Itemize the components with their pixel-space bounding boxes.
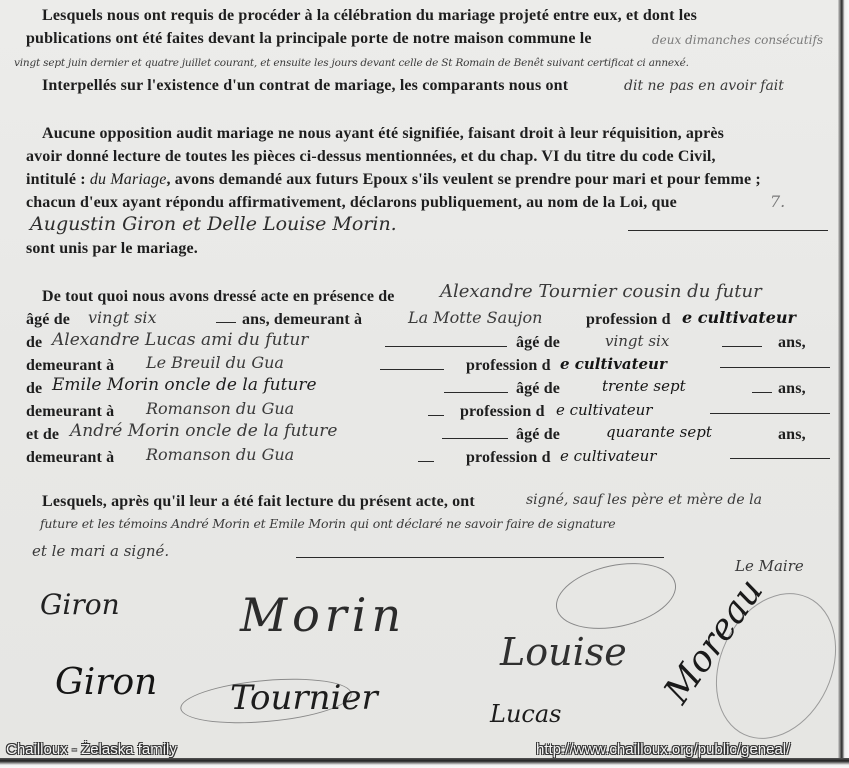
margin-note: 7. bbox=[770, 192, 785, 212]
scanned-marriage-record: Lesquels nous ont requis de procéder à l… bbox=[0, 0, 838, 758]
handwritten-signing: signé, sauf les père et mère de la bbox=[526, 490, 762, 510]
label-age: âgé de bbox=[516, 379, 560, 399]
printed-line: De tout quoi nous avons dressé acte en p… bbox=[42, 287, 395, 307]
fill-line bbox=[720, 367, 830, 368]
witness1-profession: e cultivateur bbox=[682, 308, 796, 328]
flourish bbox=[550, 553, 682, 639]
label-profession: profession d bbox=[460, 402, 545, 422]
witness1-residence: La Motte Saujon bbox=[408, 308, 542, 328]
printed-line: chacun d'eux ayant répondu affirmativeme… bbox=[26, 193, 677, 213]
witness4-profession: e cultivateur bbox=[560, 446, 656, 466]
printed-line: Lesquels, après qu'il leur a été fait le… bbox=[42, 492, 475, 512]
label-demeurant: demeurant à bbox=[26, 356, 114, 376]
printed-line: publications ont été faites devant la pr… bbox=[26, 29, 592, 49]
printed-line: sont unis par le mariage. bbox=[26, 239, 198, 259]
scan-edge bbox=[838, 0, 849, 768]
label-profession: profession d bbox=[586, 310, 671, 330]
label-ans: ans, bbox=[778, 379, 806, 399]
handwritten-spouses: Augustin Giron et Delle Louise Morin. bbox=[30, 214, 397, 234]
signature-giron: Giron bbox=[40, 588, 120, 621]
fill-line bbox=[216, 322, 236, 323]
mayor-label: Le Maire bbox=[735, 556, 804, 576]
fill-line bbox=[296, 557, 664, 558]
signature-lucas: Lucas bbox=[490, 700, 561, 728]
witness3-age: trente sept bbox=[602, 376, 686, 396]
witness3-residence: Romanson du Gua bbox=[146, 399, 294, 419]
signature-giron-2: Giron bbox=[55, 662, 157, 703]
label-ans: ans, bbox=[778, 333, 806, 353]
printed-line: Aucune opposition audit mariage ne nous … bbox=[42, 124, 724, 144]
label-profession: profession d bbox=[466, 448, 551, 468]
label-demeurant: demeurant à bbox=[26, 402, 114, 422]
witness3-name: Emile Morin oncle de la future bbox=[52, 375, 317, 395]
witness1-name: Alexandre Tournier cousin du futur bbox=[440, 282, 762, 302]
fill-line bbox=[752, 392, 772, 393]
handwritten-signing: future et les témoins André Morin et Emi… bbox=[40, 514, 616, 534]
handwritten-signing: et le mari a signé. bbox=[32, 541, 169, 561]
printed-line: avoir donné lecture de toutes les pièces… bbox=[26, 147, 716, 167]
fill-line bbox=[444, 392, 508, 393]
witness1-age: vingt six bbox=[88, 308, 157, 328]
fill-line bbox=[380, 369, 444, 370]
fill-line bbox=[428, 415, 444, 416]
handwritten-publication-dates: vingt sept juin dernier et quatre juille… bbox=[14, 53, 689, 73]
label-de: de bbox=[26, 379, 42, 399]
label-profession: profession d bbox=[466, 356, 551, 376]
watermark-url: http://www.chailloux.org/public/geneal/ bbox=[536, 741, 790, 758]
fill-line bbox=[730, 458, 830, 459]
fill-line bbox=[710, 413, 830, 414]
printed-line: intitulé : du Mariage, avons demandé aux… bbox=[26, 170, 761, 190]
label-age: âgé de bbox=[516, 425, 560, 445]
label-age: âgé de bbox=[26, 310, 70, 330]
witness3-profession: e cultivateur bbox=[556, 400, 652, 420]
printed-line: Lesquels nous ont requis de procéder à l… bbox=[42, 6, 697, 26]
label-de: de bbox=[26, 333, 42, 353]
signature-tournier: Tournier bbox=[230, 678, 378, 718]
handwritten-contract-answer: dit ne pas en avoir fait bbox=[624, 76, 784, 96]
fill-line bbox=[385, 346, 507, 347]
witness4-name: André Morin oncle de la future bbox=[70, 421, 337, 441]
witness2-name: Alexandre Lucas ami du futur bbox=[52, 330, 308, 350]
signature-morin: Morin bbox=[240, 588, 406, 642]
label-ans-demeurant: ans, demeurant à bbox=[242, 310, 362, 330]
witness4-age: quarante sept bbox=[606, 422, 712, 442]
witness2-residence: Le Breuil du Gua bbox=[146, 353, 284, 373]
scan-edge bbox=[0, 758, 849, 768]
watermark-family: Chailloux - Żelaska family bbox=[6, 741, 177, 758]
label-age: âgé de bbox=[516, 333, 560, 353]
printed-line: Interpellés sur l'existence d'un contrat… bbox=[42, 76, 568, 96]
label-ans: ans, bbox=[778, 425, 806, 445]
signature-louise: Louise bbox=[500, 630, 627, 674]
italic-title: du Mariage bbox=[90, 171, 167, 188]
fill-line bbox=[442, 438, 508, 439]
fill-line bbox=[418, 461, 434, 462]
fill-line bbox=[722, 346, 762, 347]
witness4-residence: Romanson du Gua bbox=[146, 445, 294, 465]
handwritten-publication-dates: deux dimanches consécutifs bbox=[652, 30, 823, 50]
label-demeurant: demeurant à bbox=[26, 448, 114, 468]
fill-line bbox=[628, 230, 828, 231]
label-et-de: et de bbox=[26, 425, 59, 445]
witness2-age: vingt six bbox=[605, 331, 669, 351]
witness2-profession: e cultivateur bbox=[560, 354, 667, 374]
